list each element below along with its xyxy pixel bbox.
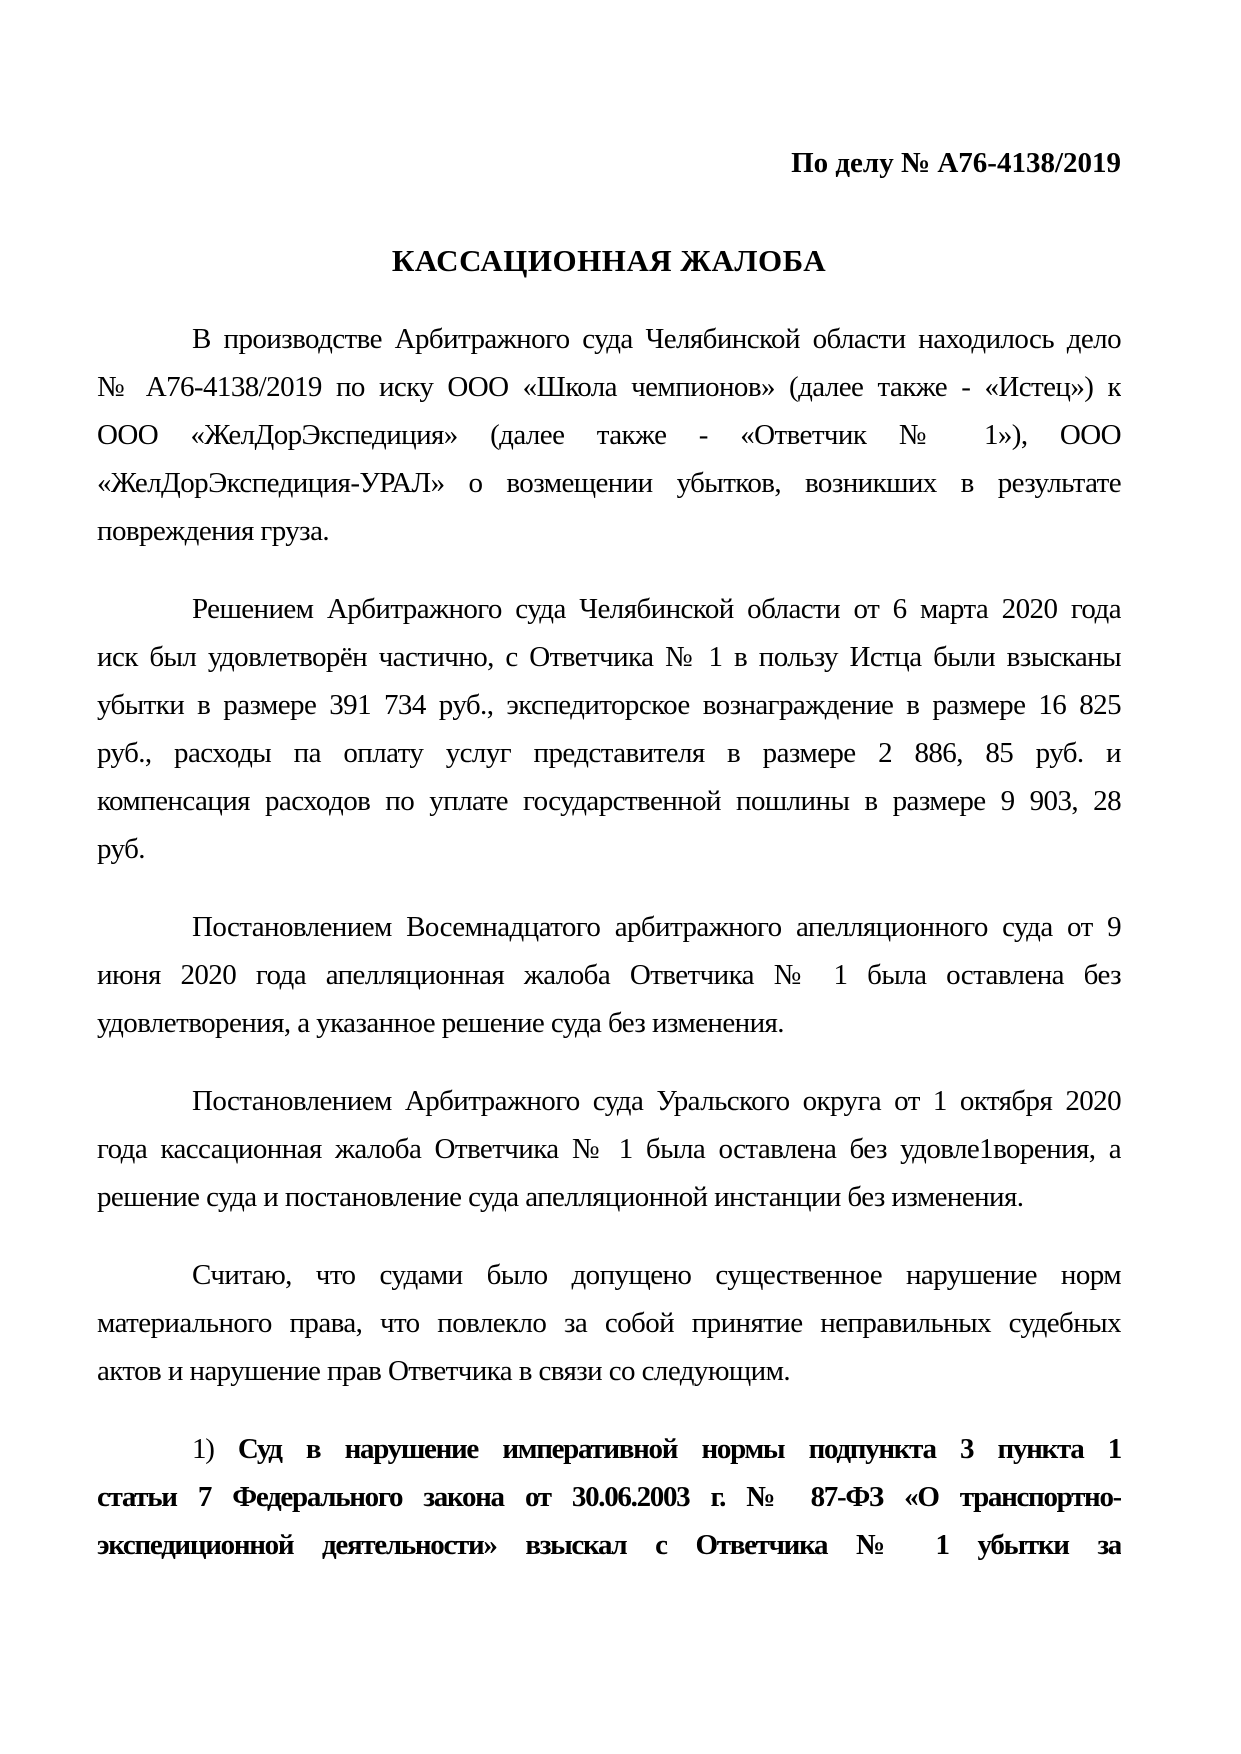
text-line: решение суда и постановление суда апелля…: [97, 1173, 1121, 1221]
document-body: В производстве Арбитражного суда Челябин…: [97, 315, 1121, 1569]
text-line: иск был удовлетворён частично, с Ответчи…: [97, 633, 1121, 681]
text-line: руб., расходы па оплату услуг представит…: [97, 729, 1121, 777]
text-line: удовлетворения, а указанное решение суда…: [97, 999, 1121, 1047]
text-line: Постановлением Арбитражного суда Уральск…: [97, 1077, 1121, 1125]
text-line: повреждения груза.: [97, 507, 1121, 555]
text-line: статьи 7 Федерального закона от 30.06.20…: [97, 1473, 1121, 1521]
text-line: «ЖелДорЭкспедиция-УРАЛ» о возмещении убы…: [97, 459, 1121, 507]
paragraph-5: Считаю, что судами было допущено существ…: [97, 1251, 1121, 1395]
case-reference: По делу № А76-4138/2019: [97, 139, 1121, 187]
text-line: ООО «ЖелДорЭкспедиция» (далее также - «О…: [97, 411, 1121, 459]
text-line: 1) Суд в нарушение императивной нормы по…: [97, 1425, 1121, 1473]
text-line: Постановлением Восемнадцатого арбитражно…: [97, 903, 1121, 951]
text-line: руб.: [97, 825, 1121, 873]
text-line: компенсация расходов по уплате государст…: [97, 777, 1121, 825]
text-line: убытки в размере 391 734 руб., экспедито…: [97, 681, 1121, 729]
paragraph-3: Постановлением Восемнадцатого арбитражно…: [97, 903, 1121, 1047]
text-line: года кассационная жалоба Ответчика № 1 б…: [97, 1125, 1121, 1173]
paragraph-2: Решением Арбитражного суда Челябинской о…: [97, 585, 1121, 873]
document-title: КАССАЦИОННАЯ ЖАЛОБА: [97, 237, 1121, 285]
text-line: Считаю, что судами было допущено существ…: [97, 1251, 1121, 1299]
text-line: материального права, что повлекло за соб…: [97, 1299, 1121, 1347]
text-line: В производстве Арбитражного суда Челябин…: [97, 315, 1121, 363]
document-page: По делу № А76-4138/2019 КАССАЦИОННАЯ ЖАЛ…: [0, 0, 1241, 1754]
text-line: Решением Арбитражного суда Челябинской о…: [97, 585, 1121, 633]
text-line: № А76-4138/2019 по иску ООО «Школа чемпи…: [97, 363, 1121, 411]
paragraph-4: Постановлением Арбитражного суда Уральск…: [97, 1077, 1121, 1221]
text-line: актов и нарушение прав Ответчика в связи…: [97, 1347, 1121, 1395]
paragraph-6: 1) Суд в нарушение императивной нормы по…: [97, 1425, 1121, 1569]
text-line: июня 2020 года апелляционная жалоба Отве…: [97, 951, 1121, 999]
paragraph-number: 1): [192, 1433, 214, 1465]
paragraph-1: В производстве Арбитражного суда Челябин…: [97, 315, 1121, 555]
text-line: экспедиционной деятельности» взыскал с О…: [97, 1521, 1121, 1569]
